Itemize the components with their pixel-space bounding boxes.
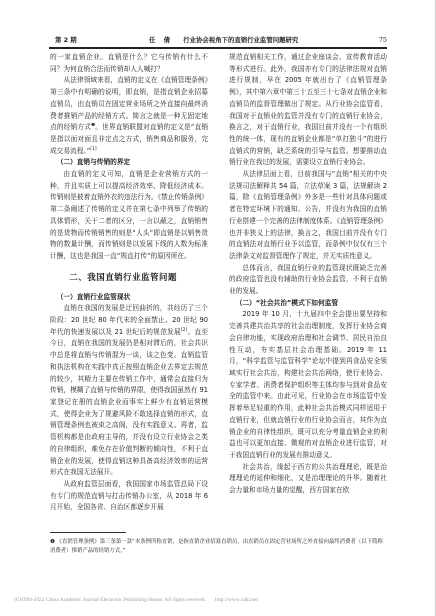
paragraph: 的一家直销企业。直销是什么？它与传销有什么不同？为何直销合法而传销却人人喊打？	[50, 52, 208, 75]
page-number: 75	[379, 34, 387, 46]
header-rule	[49, 47, 387, 49]
footnote-text: 《直销管理条例》第三条第一款“本条例所称直销，是指直销企业招募直销员，由直销员在…	[50, 539, 383, 554]
subheading: （二）直销与传销的界定	[50, 157, 208, 169]
issue-number: 第 2 期	[55, 34, 77, 46]
footnote-rule	[50, 532, 126, 533]
citation-ref[interactable]: [1]	[90, 146, 96, 151]
paragraph: 直销在我国的发展是迂回曲折的，共经历了三个阶段：20 世纪 80 年代末的全面禁…	[50, 303, 208, 479]
author-name: 任 倩	[149, 36, 173, 44]
paragraph: 规范直销相关工作，通过企业座谈会、宣传教育活动等形式进行。此外，我国亦有专门的法…	[229, 52, 387, 169]
paragraph: 2019 年 10 月，十九届四中全会提出要坚持和完善共建共治共享的社会治理制度…	[229, 309, 387, 461]
running-title: 任 倩 行业协会视角下的直销行业监管问题研究	[149, 34, 298, 46]
copyright-footer: (C)1994-2022 China Academic Journal Elec…	[14, 597, 434, 603]
paragraph: 从法律层面上看，目前我国与“直销”相关的中央法规司法解释共 54 篇，立法草案 …	[229, 169, 387, 263]
cnki-link[interactable]: http://www.cnki.net	[215, 597, 258, 603]
article-title: 行业协会视角下的直销行业监管问题研究	[183, 36, 298, 44]
subheading: （一）直销行业监管现状	[50, 292, 208, 304]
paragraph: 从法律领域来看，直销的定义在《直销管理条例》第三条中有明确的说明，即直销，是指直…	[50, 75, 208, 157]
paragraph: 由直销的定义可知，直销是企业营销方式的一种，并且实质上可以提高经济效率、降低经济…	[50, 169, 208, 263]
paragraph: 从政府监管层面看，我国国家市场监管总局下设有专门的规范直销与打击传销办公室，从 …	[50, 479, 208, 514]
subheading: （二）“社会共治”模式下如何监管	[229, 298, 387, 310]
footnote: ❶ 《直销管理条例》第三条第一款“本条例所称直销，是指直销企业招募直销员，由直销…	[50, 538, 388, 556]
copyright-text: (C)1994-2022 China Academic Journal Elec…	[14, 597, 206, 603]
paragraph: 社会共治，缘起于西方的公共治理理论，既是治理理论的延伸和细化，又是治理理论的升华…	[229, 462, 387, 497]
footnote-marker: ❶	[50, 539, 55, 545]
left-column: 的一家直销企业。直销是什么？它与传销有什么不同？为何直销合法而传销却人人喊打？ …	[50, 52, 208, 514]
running-header: 第 2 期 任 倩 行业协会视角下的直销行业监管问题研究 75	[49, 34, 387, 46]
right-column: 规范直销相关工作，通过企业座谈会、宣传教育活动等形式进行。此外，我国亦有专门的法…	[229, 52, 387, 497]
paragraph-text: 。直至今日，直销在我国的发展仍是相对滞后的，社会共识中总是将直销与传销混为一谈，…	[50, 328, 208, 476]
paragraph: 总体而言，我国直销行业的监管现状既缺乏完善的政府监管也没有辅助的行业协会监管，不…	[229, 263, 387, 298]
section-title: 二、我国直销行业监管问题	[50, 271, 208, 284]
